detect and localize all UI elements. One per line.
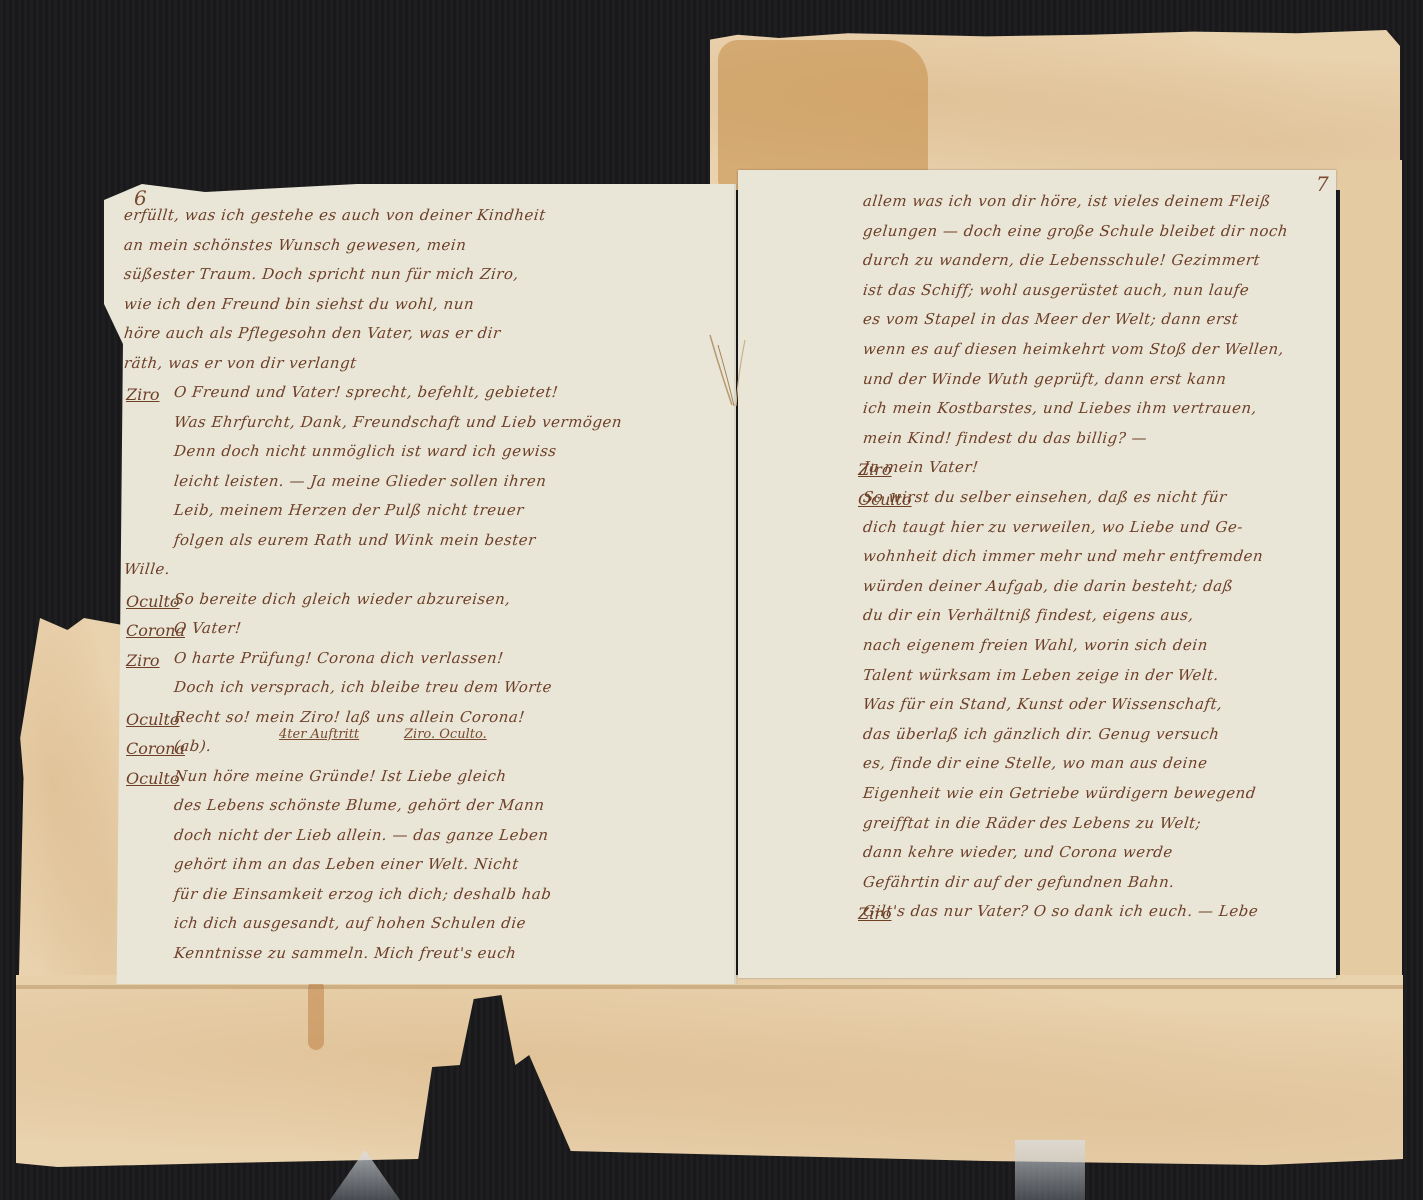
manuscript-line: Gilt's das nur Vater? O so dank ich euch… bbox=[862, 902, 1259, 920]
manuscript-line: wohnheit dich immer mehr und mehr entfre… bbox=[862, 547, 1264, 565]
manuscript-line: greifftat in die Räder des Lebens zu Wel… bbox=[862, 814, 1202, 832]
display-stand-right bbox=[1015, 1140, 1085, 1200]
speaker-label: Oculto bbox=[126, 769, 180, 788]
manuscript-line: ich dich ausgesandt, auf hohen Schulen d… bbox=[173, 914, 527, 932]
manuscript-line: des Lebens schönste Blume, gehört der Ma… bbox=[173, 796, 545, 814]
speaker-label: Ziro bbox=[126, 651, 160, 670]
manuscript-line: räth, was er von dir verlangt bbox=[123, 354, 358, 372]
manuscript-line: Wille. bbox=[123, 560, 171, 578]
manuscript-line: wenn es auf diesen heimkehrt vom Stoß de… bbox=[862, 340, 1285, 358]
manuscript-line: erfüllt, was ich gestehe es auch von dei… bbox=[123, 206, 547, 224]
manuscript-line: Eigenheit wie ein Getriebe würdigern bew… bbox=[862, 784, 1257, 802]
right-page: 7 allem was ich von dir höre, ist vieles… bbox=[738, 170, 1336, 978]
interlinear-note: Ziro. Oculto. bbox=[404, 727, 487, 742]
manuscript-line: es, finde dir eine Stelle, wo man aus de… bbox=[862, 754, 1208, 772]
manuscript-line: dich taugt hier zu verweilen, wo Liebe u… bbox=[862, 518, 1244, 536]
manuscript-line: Leib, meinem Herzen der Pulß nicht treue… bbox=[173, 501, 525, 519]
manuscript-line: O harte Prüfung! Corona dich verlassen! bbox=[173, 649, 505, 667]
manuscript-line: süßester Traum. Doch spricht nun für mic… bbox=[123, 265, 520, 283]
manuscript-line: durch zu wandern, die Lebensschule! Gezi… bbox=[862, 251, 1261, 269]
wrapper-top-flap bbox=[710, 30, 1400, 190]
speaker-label: Oculto bbox=[858, 490, 912, 509]
manuscript-line: nach eigenem freien Wahl, worin sich dei… bbox=[862, 636, 1209, 654]
manuscript-line: Nun höre meine Gründe! Ist Liebe gleich bbox=[173, 767, 508, 785]
manuscript-line: So bereite dich gleich wieder abzureisen… bbox=[173, 590, 511, 608]
manuscript-line: So wirst du selber einsehen, daß es nich… bbox=[862, 488, 1228, 506]
left-page: 6 erfüllt, was ich gestehe es auch von d… bbox=[104, 184, 736, 984]
manuscript-line: folgen als eurem Rath und Wink mein best… bbox=[173, 531, 537, 549]
wrapper-right-edge bbox=[1340, 160, 1402, 1010]
manuscript-line: Doch ich versprach, ich bleibe treu dem … bbox=[173, 678, 553, 696]
manuscript-line: ich mein Kostbarstes, und Liebes ihm ver… bbox=[862, 399, 1258, 417]
speaker-label: Corona bbox=[126, 739, 185, 758]
binding-thread-icon bbox=[700, 330, 750, 410]
manuscript-line: doch nicht der Lieb allein. — das ganze … bbox=[173, 826, 550, 844]
ink-stain bbox=[308, 980, 324, 1050]
manuscript-line: Was Ehrfurcht, Dank, Freundschaft und Li… bbox=[173, 413, 623, 431]
manuscript-line: Recht so! mein Ziro! laß uns allein Coro… bbox=[173, 708, 526, 726]
manuscript-line: mein Kind! findest du das billig? — bbox=[862, 429, 1148, 447]
speaker-label: Corona bbox=[126, 621, 185, 640]
manuscript-line: Kenntnisse zu sammeln. Mich freut's euch bbox=[173, 944, 517, 962]
manuscript-line: Gefährtin dir auf der gefundnen Bahn. bbox=[862, 873, 1175, 891]
wrapper-left-flap bbox=[18, 618, 128, 1018]
manuscript-line: an mein schönstes Wunsch gewesen, mein bbox=[123, 236, 467, 254]
manuscript-line: es vom Stapel in das Meer der Welt; dann… bbox=[862, 310, 1239, 328]
manuscript-line: wie ich den Freund bin siehst du wohl, n… bbox=[123, 295, 475, 313]
manuscript-line: allem was ich von dir höre, ist vieles d… bbox=[862, 192, 1272, 210]
manuscript-line: Was für ein Stand, Kunst oder Wissenscha… bbox=[862, 695, 1223, 713]
manuscript-line: das überlaß ich gänzlich dir. Genug vers… bbox=[862, 725, 1220, 743]
manuscript-line: gehört ihm an das Leben einer Welt. Nich… bbox=[173, 855, 520, 873]
water-stain bbox=[718, 40, 928, 190]
manuscript-line: und der Winde Wuth geprüft, dann erst ka… bbox=[862, 370, 1227, 388]
speaker-label: Ziro bbox=[858, 904, 892, 923]
manuscript-line: würden deiner Aufgab, die darin besteht;… bbox=[862, 577, 1234, 595]
page-number: 7 bbox=[1316, 172, 1329, 196]
speaker-label: Oculto bbox=[126, 592, 180, 611]
speaker-label: Oculto bbox=[126, 710, 180, 729]
manuscript-line: gelungen — doch eine große Schule bleibe… bbox=[862, 222, 1289, 240]
interlinear-note: 4ter Auftritt bbox=[279, 727, 359, 742]
manuscript-line: für die Einsamkeit erzog ich dich; desha… bbox=[173, 885, 552, 903]
fold-line bbox=[16, 985, 1403, 989]
manuscript-line: ist das Schiff; wohl ausgerüstet auch, n… bbox=[862, 281, 1250, 299]
manuscript-line: O Freund und Vater! sprecht, befehlt, ge… bbox=[173, 383, 559, 401]
manuscript-line: du dir ein Verhältniß findest, eigens au… bbox=[862, 606, 1195, 624]
manuscript-line: Talent würksam im Leben zeige in der Wel… bbox=[862, 666, 1220, 684]
speaker-label: Ziro bbox=[126, 385, 160, 404]
manuscript-line: dann kehre wieder, und Corona werde bbox=[862, 843, 1174, 861]
speaker-label: Ziro bbox=[858, 460, 892, 479]
wrapper-bottom-flap bbox=[16, 975, 1403, 1175]
manuscript-line: leicht leisten. — Ja meine Glieder solle… bbox=[173, 472, 547, 490]
manuscript-line: höre auch als Pflegesohn den Vater, was … bbox=[123, 324, 502, 342]
manuscript-line: Denn doch nicht unmöglich ist ward ich g… bbox=[173, 442, 558, 460]
